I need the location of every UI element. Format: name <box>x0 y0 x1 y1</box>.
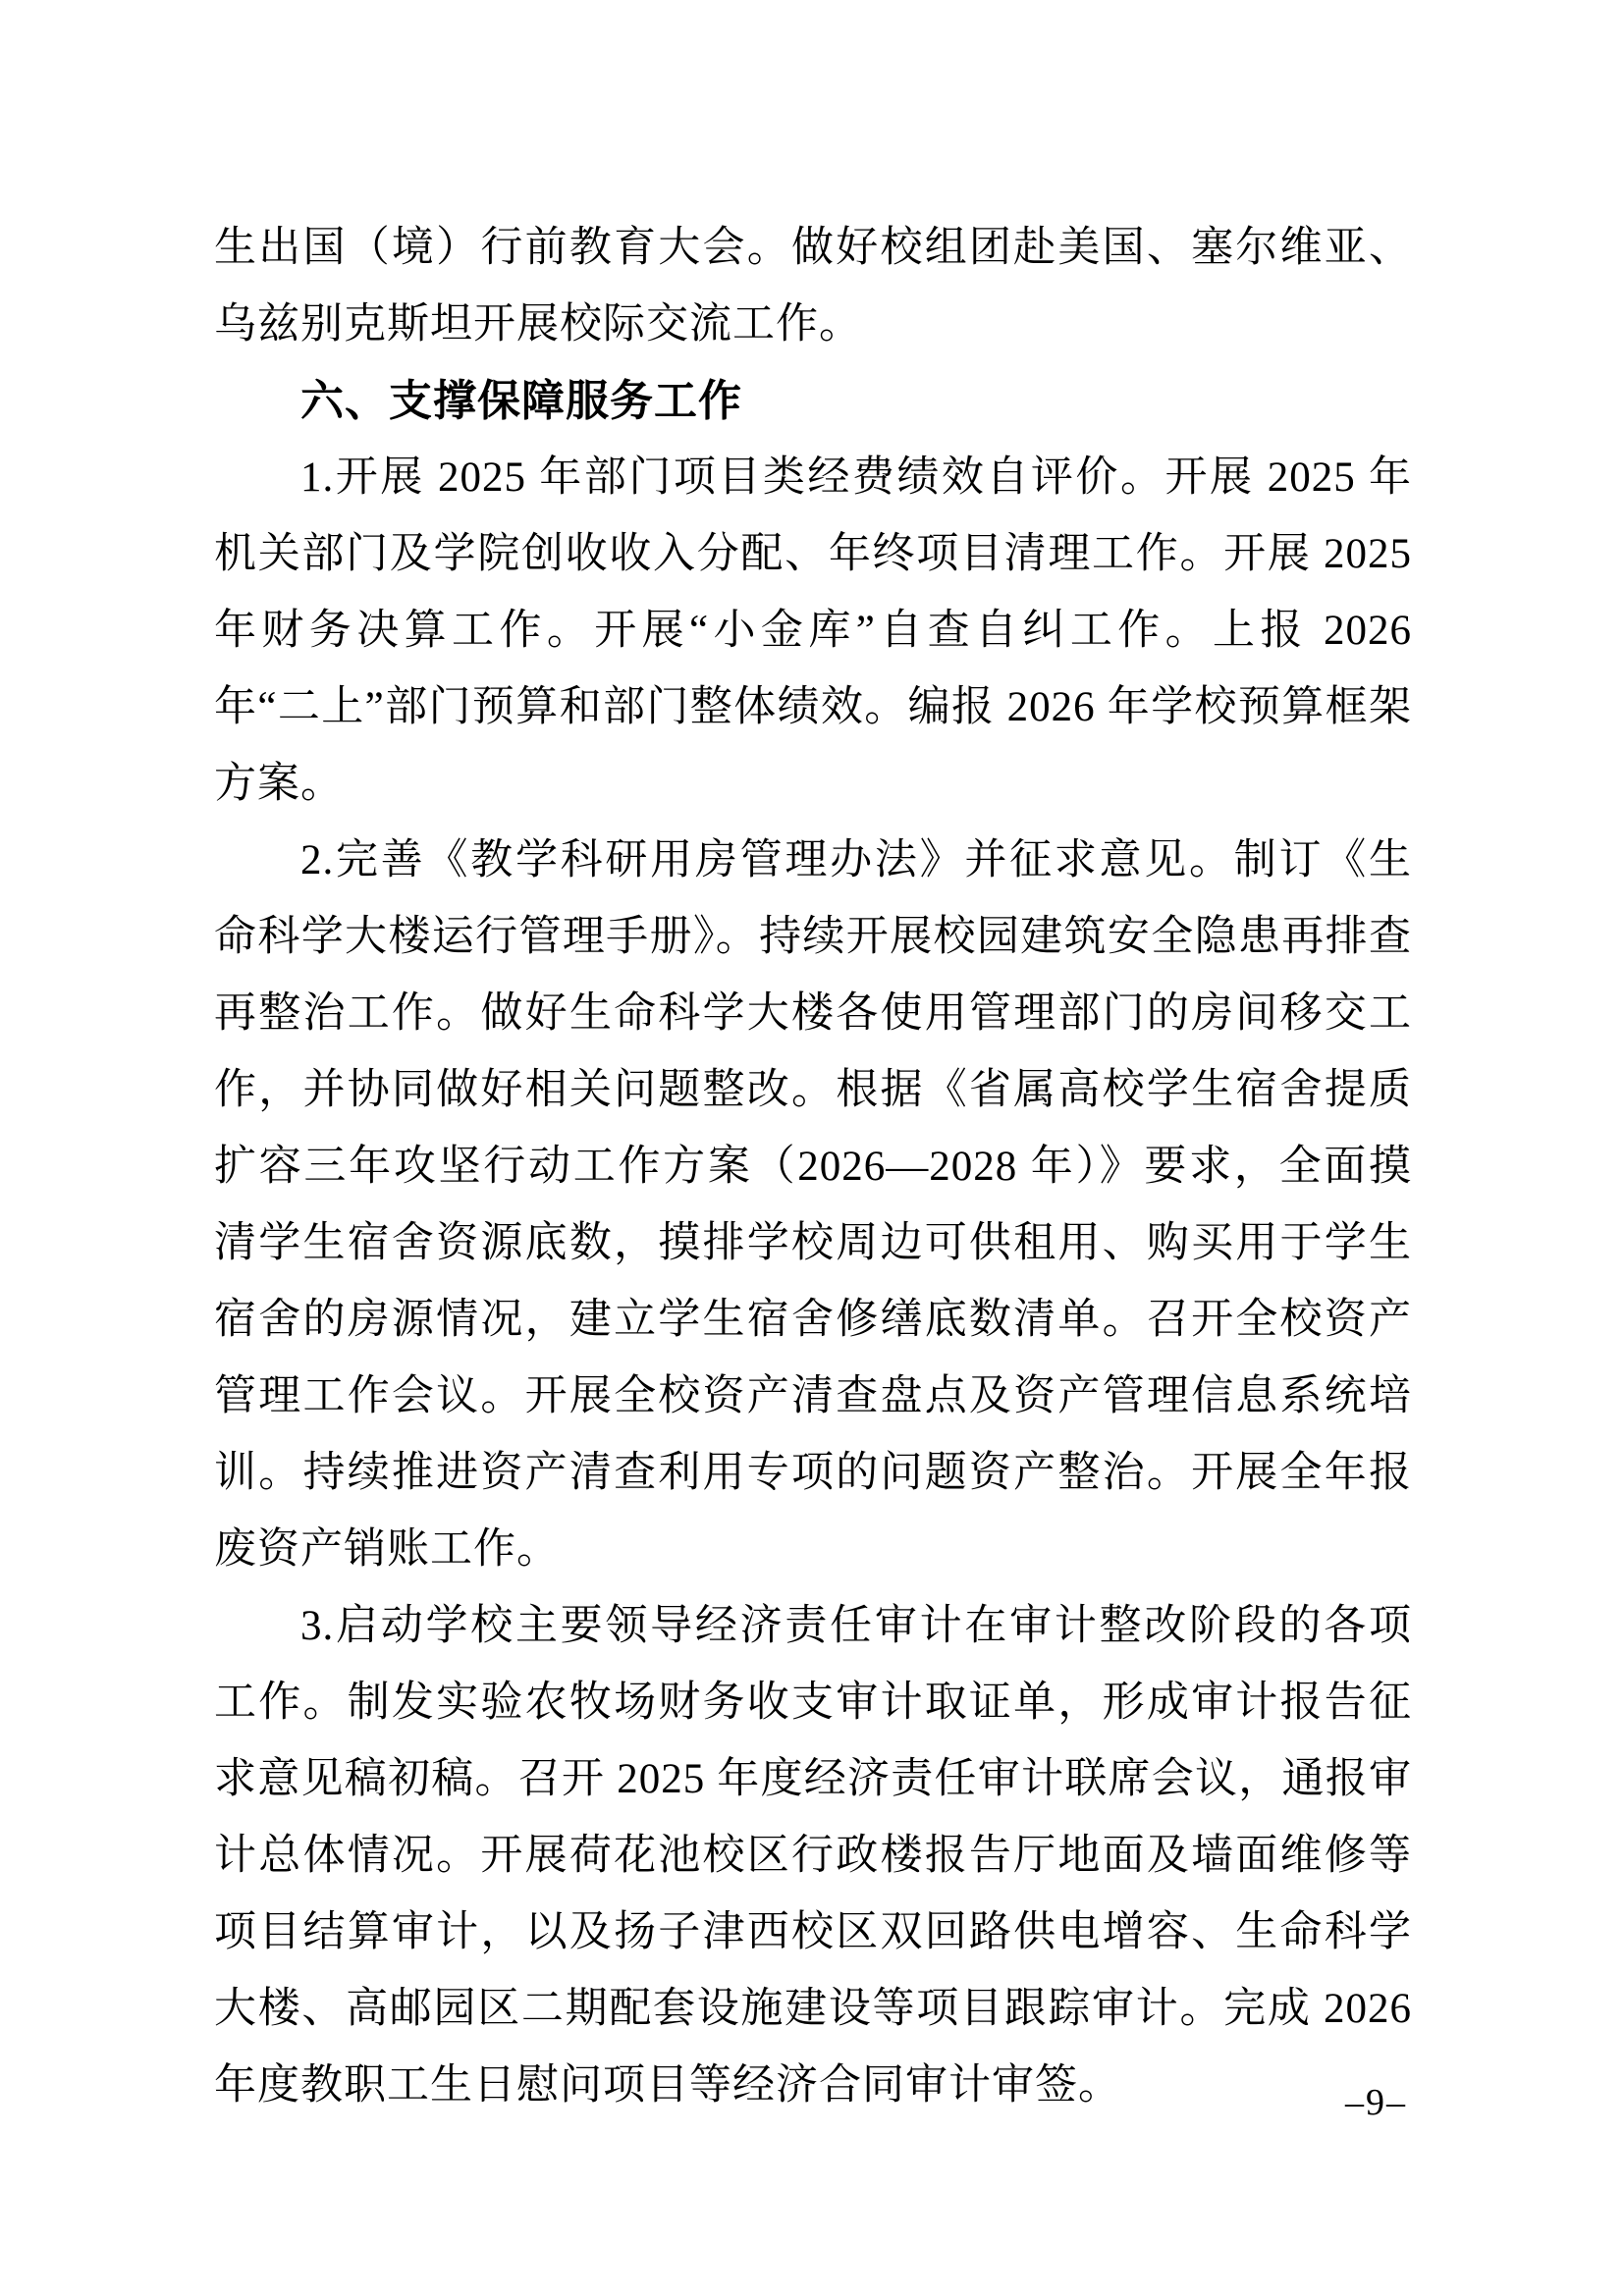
document-page: 生出国（境）行前教育大会。做好校组团赴美国、塞尔维亚、乌兹别克斯坦开展校际交流工… <box>0 0 1624 2296</box>
paragraph-item-1: 1.开展 2025 年部门项目类经费绩效自评价。开展 2025 年机关部门及学院… <box>214 440 1412 823</box>
page-number: –9– <box>1345 2079 1407 2126</box>
paragraph-continuation: 生出国（境）行前教育大会。做好校组团赴美国、塞尔维亚、乌兹别克斯坦开展校际交流工… <box>214 210 1412 363</box>
paragraph-item-3: 3.启动学校主要领导经济责任审计在审计整改阶段的各项工作。制发实验农牧场财务收支… <box>214 1588 1412 2124</box>
text-block: 生出国（境）行前教育大会。做好校组团赴美国、塞尔维亚、乌兹别克斯坦开展校际交流工… <box>214 210 1412 2124</box>
paragraph-item-2: 2.完善《教学科研用房管理办法》并征求意见。制订《生命科学大楼运行管理手册》。持… <box>214 823 1412 1588</box>
section-heading: 六、支撑保障服务工作 <box>214 363 1412 440</box>
